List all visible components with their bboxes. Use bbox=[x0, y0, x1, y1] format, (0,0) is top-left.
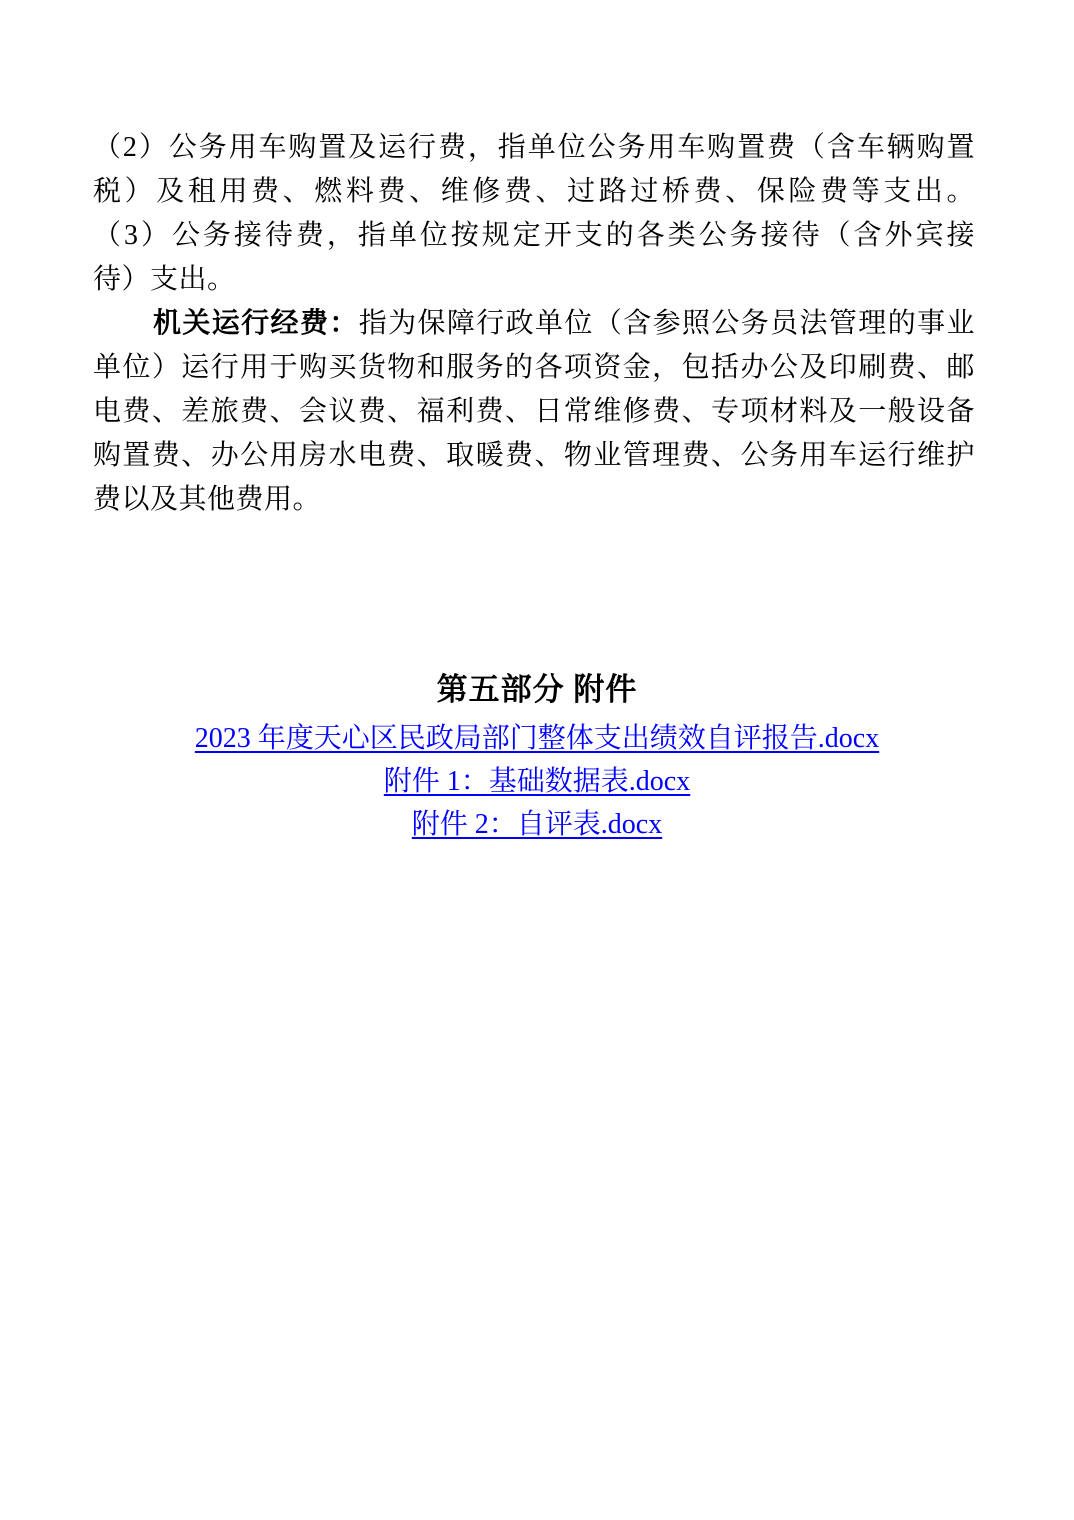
section-heading: 第五部分 附件 bbox=[0, 668, 1074, 712]
body-text-line: 购置费、办公用房水电费、取暖费、物业管理费、公务用车运行维护 bbox=[93, 434, 975, 478]
attachment-row: 2023 年度天心区民政局部门整体支出绩效自评报告.docx bbox=[0, 717, 1074, 760]
body-text-line: （3）公务接待费，指单位按规定开支的各类公务接待（含外宾接 bbox=[93, 214, 975, 258]
attachment-row: 附件 1：基础数据表.docx bbox=[0, 760, 1074, 803]
body-text-line: 税）及租用费、燃料费、维修费、过路过桥费、保险费等支出。 bbox=[93, 170, 975, 214]
term-definition: 指为保障行政单位（含参照公务员法管理的事业 bbox=[359, 308, 975, 339]
body-text-line: 单位）运行用于购买货物和服务的各项资金，包括办公及印刷费、邮 bbox=[93, 346, 975, 390]
body-text-line: 费以及其他费用。 bbox=[93, 478, 975, 522]
attachment-link-basic-data-table[interactable]: 附件 1：基础数据表.docx bbox=[384, 766, 690, 797]
attachment-link-report[interactable]: 2023 年度天心区民政局部门整体支出绩效自评报告.docx bbox=[195, 723, 879, 754]
body-text-line: 电费、差旅费、会议费、福利费、日常维修费、专项材料及一般设备 bbox=[93, 390, 975, 434]
attachment-row: 附件 2：自评表.docx bbox=[0, 803, 1074, 846]
document-body: （2）公务用车购置及运行费，指单位公务用车购置费（含车辆购置 税）及租用费、燃料… bbox=[93, 126, 975, 522]
body-text-line: 待）支出。 bbox=[93, 258, 975, 302]
term-label: 机关运行经费： bbox=[153, 308, 359, 339]
body-text-line: （2）公务用车购置及运行费，指单位公务用车购置费（含车辆购置 bbox=[93, 126, 975, 170]
body-text-line: 机关运行经费：指为保障行政单位（含参照公务员法管理的事业 bbox=[93, 302, 975, 346]
attachment-links: 2023 年度天心区民政局部门整体支出绩效自评报告.docx 附件 1：基础数据… bbox=[0, 717, 1074, 846]
attachment-link-self-evaluation-table[interactable]: 附件 2：自评表.docx bbox=[412, 809, 662, 840]
document-page: （2）公务用车购置及运行费，指单位公务用车购置费（含车辆购置 税）及租用费、燃料… bbox=[0, 0, 1074, 1520]
